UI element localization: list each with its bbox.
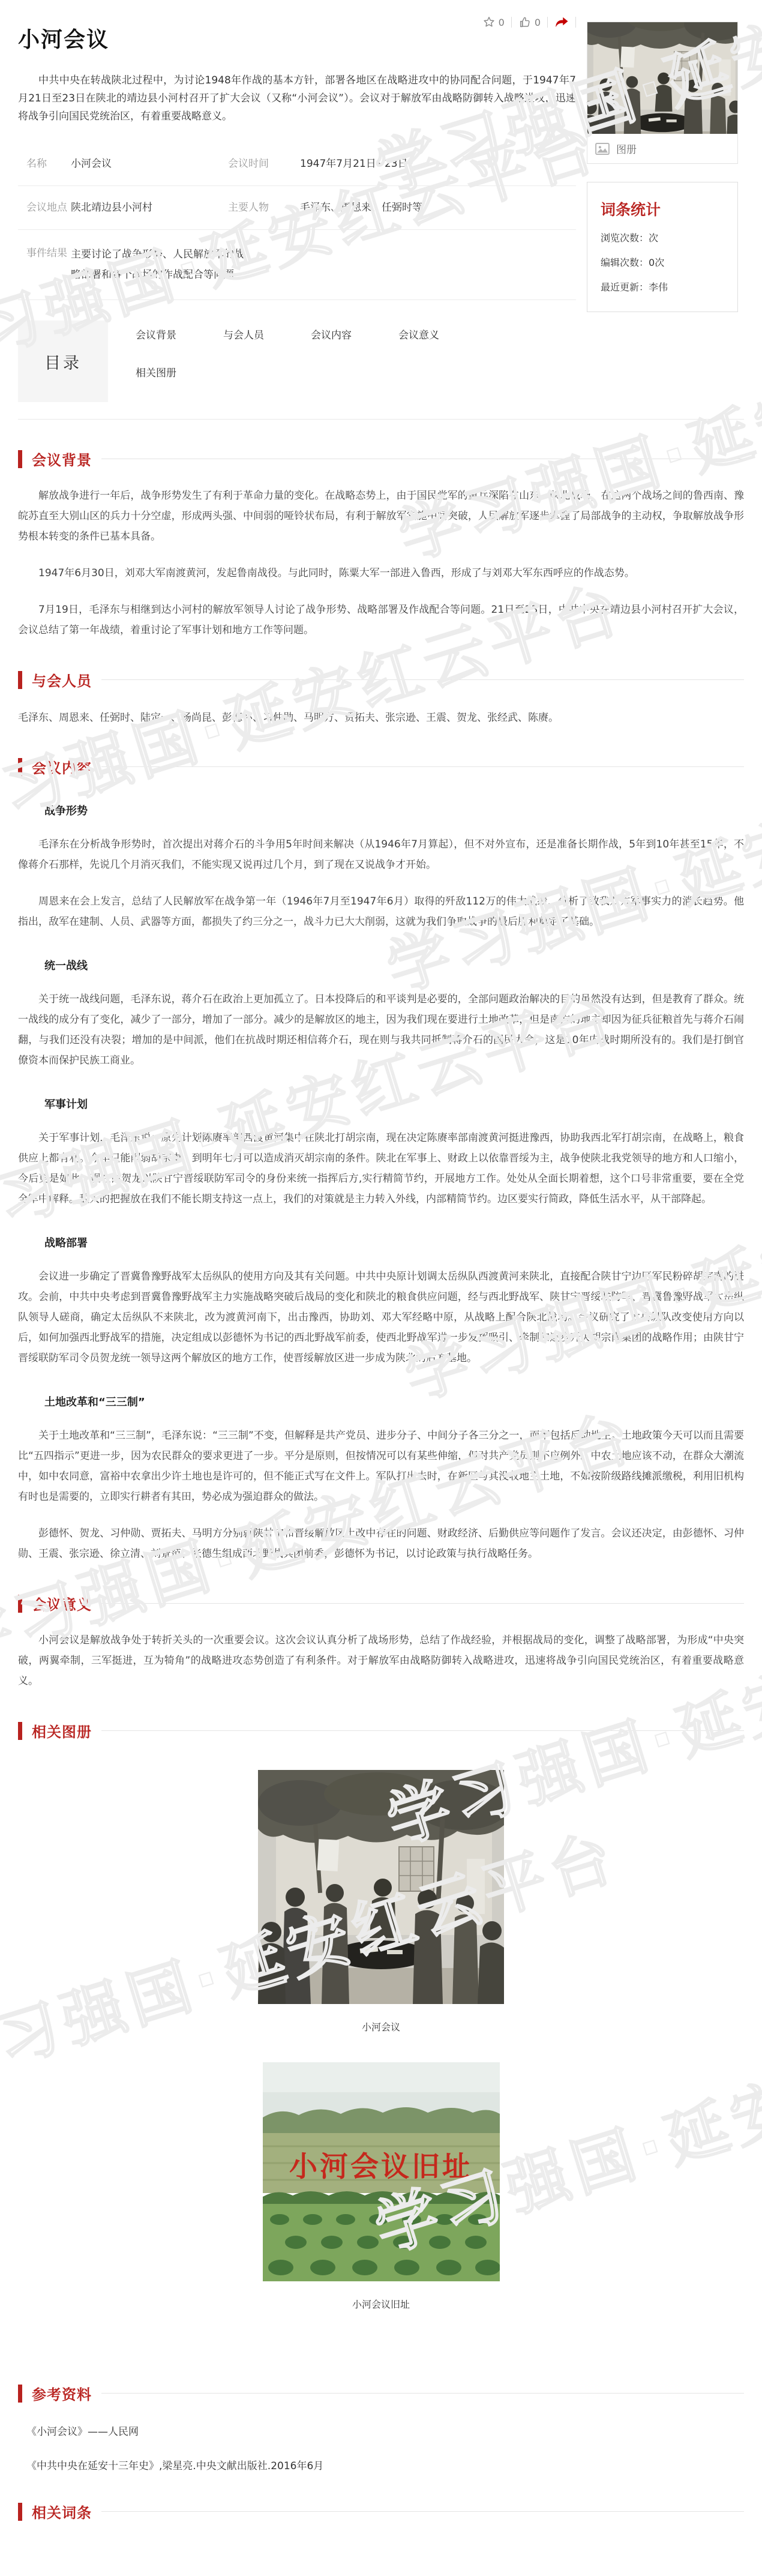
paragraph: 毛泽东在分析战争形势时，首次提出对蒋介石的斗争用5年时间来解决（从1946年7月… bbox=[18, 834, 744, 875]
table-of-contents: 目录 会议背景 与会人员 会议内容 会议意义 相关图册 bbox=[18, 320, 744, 420]
info-value: 小河会议 bbox=[71, 155, 228, 173]
section-references: 参考资料 《小河会议》——人民网 《中共中央在延安十三年史》,梁星亮.中央文献出… bbox=[18, 2383, 744, 2472]
stat-views: 浏览次数：次 bbox=[601, 230, 724, 244]
section-title: 会议背景 bbox=[32, 448, 92, 469]
section-accent-bar bbox=[18, 2385, 22, 2403]
paragraph: 会议进一步确定了晋冀鲁豫野战军太岳纵队的使用方向及其有关问题。中共中央原计划调太… bbox=[18, 1266, 744, 1368]
section-rule bbox=[101, 2393, 744, 2394]
section-rule bbox=[101, 2511, 744, 2512]
section-title: 与会人员 bbox=[32, 669, 92, 690]
paragraph: 关于军事计划，毛泽东说：原先计划陈赓率部西渡黄河集中在陕北打胡宗南，现在决定陈赓… bbox=[18, 1128, 744, 1209]
section-significance: 会议意义 小河会议是解放战争处于转折关头的一次重要会议。这次会议认真分析了战场形… bbox=[18, 1593, 744, 1691]
stat-updated: 最近更新：李伟 bbox=[601, 280, 724, 293]
section-rule bbox=[101, 766, 744, 767]
gallery-item: 小河会议 bbox=[18, 1770, 744, 2033]
section-accent-bar bbox=[18, 671, 22, 689]
subsection-title: 土地改革和“三三制” bbox=[44, 1394, 744, 1409]
infobox-row: 会议地点 陕北靖边县小河村 主要人物 毛泽东、周恩来、任弼时等 bbox=[18, 186, 576, 230]
section-rule bbox=[101, 679, 744, 680]
favorite-count: 0 bbox=[499, 17, 505, 28]
album-icon bbox=[595, 143, 610, 155]
toc-item-participants[interactable]: 与会人员 bbox=[223, 327, 264, 342]
reference-link[interactable]: 《小河会议》——人民网 bbox=[18, 2423, 744, 2438]
section-background: 会议背景 解放战争进行一年后，战争形势发生了有利于革命力量的变化。在战略态势上，… bbox=[18, 448, 744, 640]
paragraph: 关于统一战线问题，毛泽东说，蒋介石在政治上更加孤立了。日本投降后的和平谈判是必要… bbox=[18, 989, 744, 1071]
paragraph: 关于土地改革和“三三制”，毛泽东说：“三三制”不变，但解释是共产党员、进步分子、… bbox=[18, 1425, 744, 1507]
section-rule bbox=[101, 459, 744, 459]
section-content: 会议内容 战争形势 毛泽东在分析战争形势时，首次提出对蒋介石的斗争用5年时间来解… bbox=[18, 756, 744, 1564]
info-value: 1947年7月21日~23日 bbox=[300, 155, 576, 173]
participants-list: 毛泽东、周恩来、任弼时、陆定一、杨尚昆、彭德怀、习仲勋、马明方、贾拓夫、张宗逊、… bbox=[18, 708, 744, 727]
section-accent-bar bbox=[18, 2503, 22, 2521]
section-accent-bar bbox=[18, 450, 22, 468]
subsection-title: 统一战线 bbox=[44, 957, 744, 973]
gallery-photo-meeting[interactable] bbox=[258, 1770, 504, 2004]
section-related: 相关词条 bbox=[18, 2501, 744, 2522]
paragraph: 解放战争进行一年后，战争形势发生了有利于革命力量的变化。在战略态势上，由于国民党… bbox=[18, 486, 744, 547]
info-label: 主要人物 bbox=[228, 199, 300, 217]
paragraph: 7月19日，毛泽东与相继到达小河村的解放军领导人讨论了战争形势、战略部署及作战配… bbox=[18, 600, 744, 640]
section-title: 会议内容 bbox=[32, 756, 92, 777]
top-area: 0 0 bbox=[18, 0, 744, 312]
intro-paragraph: 中共中央在转战陕北过程中，为讨论1948年作战的基本方针，部署各地区在战略进攻中… bbox=[18, 71, 576, 125]
paragraph: 小河会议是解放战争处于转折关头的一次重要会议。这次会议认真分析了战场形势，总结了… bbox=[18, 1630, 744, 1691]
section-title: 参考资料 bbox=[32, 2383, 92, 2404]
section-accent-bar bbox=[18, 1595, 22, 1613]
subsection-title: 战略部署 bbox=[44, 1235, 744, 1250]
like-button[interactable]: 0 bbox=[518, 16, 541, 29]
toc-title: 目录 bbox=[18, 320, 108, 402]
divider bbox=[511, 17, 512, 28]
gallery-item: 小河会议旧址 小河会议旧址 bbox=[18, 2062, 744, 2311]
entry-actions: 0 0 bbox=[482, 16, 576, 29]
section-title: 相关词条 bbox=[32, 2501, 92, 2522]
stats-title: 词条统计 bbox=[601, 198, 724, 220]
info-label: 事件结果 bbox=[18, 244, 71, 285]
sidebar: 图册 词条统计 浏览次数：次 编辑次数：0次 最近更新：李伟 bbox=[587, 22, 738, 312]
divider bbox=[575, 17, 576, 28]
photo-caption: 小河会议旧址 bbox=[18, 2297, 744, 2311]
infobox: 名称 小河会议 会议时间 1947年7月21日~23日 会议地点 陕北靖边县小河… bbox=[18, 142, 576, 300]
paragraph: 彭德怀、贺龙、习仲勋、贾拓夫、马明方分别就陕甘宁和晋绥解放区土改中存在的问题、财… bbox=[18, 1523, 744, 1564]
favorite-button[interactable]: 0 bbox=[482, 16, 505, 29]
reference-link[interactable]: 《中共中央在延安十三年史》,梁星亮.中央文献出版社.2016年6月 bbox=[18, 2457, 744, 2472]
section-gallery: 相关图册 小河会议 小河会议旧址 bbox=[18, 1720, 744, 2311]
share-arrow-icon bbox=[554, 16, 569, 29]
section-accent-bar bbox=[18, 758, 22, 776]
info-value: 毛泽东、周恩来、任弼时等 bbox=[300, 199, 576, 217]
info-label: 会议时间 bbox=[228, 155, 300, 173]
entry-photo[interactable] bbox=[587, 22, 737, 134]
section-participants: 与会人员 毛泽东、周恩来、任弼时、陆定一、杨尚昆、彭德怀、习仲勋、马明方、贾拓夫… bbox=[18, 669, 744, 727]
gallery-photo-site[interactable]: 小河会议旧址 bbox=[263, 2062, 500, 2281]
entry-photo-card: 图册 bbox=[587, 22, 738, 164]
site-photo-inscription: 小河会议旧址 bbox=[289, 2150, 473, 2183]
section-title: 会议意义 bbox=[32, 1593, 92, 1614]
divider bbox=[547, 17, 548, 28]
toc-item-significance[interactable]: 会议意义 bbox=[398, 327, 439, 342]
infobox-row: 名称 小河会议 会议时间 1947年7月21日~23日 bbox=[18, 142, 576, 186]
toc-item-content[interactable]: 会议内容 bbox=[311, 327, 352, 342]
paragraph: 周恩来在会上发言，总结了人民解放军在战争第一年（1946年7月至1947年6月）… bbox=[18, 891, 744, 932]
info-label: 名称 bbox=[18, 155, 71, 173]
star-icon bbox=[482, 16, 496, 29]
info-value: 主要讨论了战争形势、人民解放军的战略部署和各个战场的作战配合等问题 bbox=[71, 244, 251, 285]
like-count: 0 bbox=[535, 17, 541, 28]
photo-caption: 小河会议 bbox=[18, 2020, 744, 2033]
toc-item-background[interactable]: 会议背景 bbox=[136, 327, 176, 342]
infobox-row: 事件结果 主要讨论了战争形势、人民解放军的战略部署和各个战场的作战配合等问题 bbox=[18, 230, 576, 300]
subsection-title: 战争形势 bbox=[44, 802, 744, 818]
entry-stats-box: 词条统计 浏览次数：次 编辑次数：0次 最近更新：李伟 bbox=[587, 182, 738, 312]
album-label: 图册 bbox=[616, 141, 637, 156]
share-button[interactable] bbox=[554, 16, 569, 29]
section-rule bbox=[101, 1730, 744, 1731]
section-accent-bar bbox=[18, 1722, 22, 1740]
toc-item-gallery[interactable]: 相关图册 bbox=[136, 364, 176, 379]
subsection-title: 军事计划 bbox=[44, 1096, 744, 1112]
info-label: 会议地点 bbox=[18, 199, 71, 217]
section-rule bbox=[101, 1603, 744, 1604]
section-title: 相关图册 bbox=[32, 1720, 92, 1741]
album-link[interactable]: 图册 bbox=[587, 134, 737, 163]
info-value: 陕北靖边县小河村 bbox=[71, 199, 228, 217]
entry-page: 学习强国·延安红云平台 学习强国·延安红云平台 学习强国·延安红云平台 学习强国… bbox=[0, 0, 762, 2576]
stat-edits: 编辑次数：0次 bbox=[601, 255, 724, 269]
paragraph: 1947年6月30日，刘邓大军南渡黄河，发起鲁南战役。与此同时，陈粟大军一部进入… bbox=[18, 563, 744, 583]
thumbs-up-icon bbox=[518, 16, 532, 29]
